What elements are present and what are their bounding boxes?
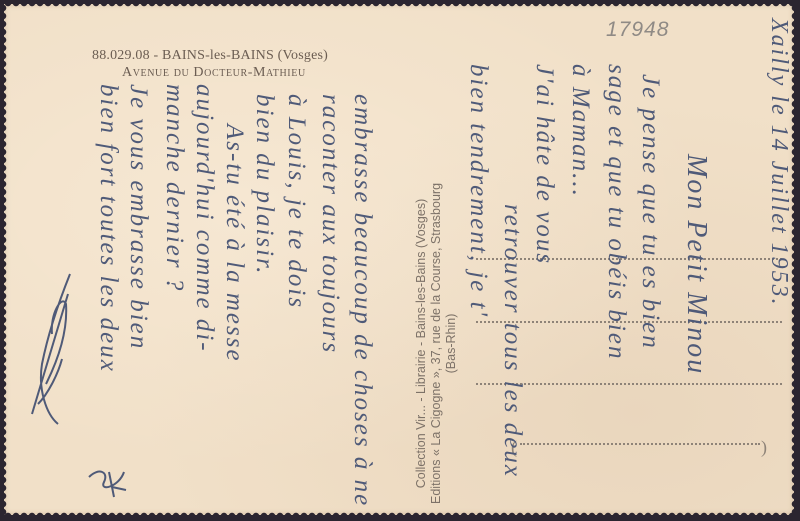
handwritten-date: Xailly le 14 Juillet 1953. xyxy=(765,18,792,307)
address-line-4 xyxy=(520,443,760,445)
ink-flourish xyxy=(84,452,134,502)
handwritten-line: aujourd'hui comme di- xyxy=(190,84,218,353)
handwritten-line: raconter aux toujours xyxy=(316,94,344,354)
handwritten-line: Je pense que tu es bien xyxy=(636,74,664,350)
inventory-number: 17948 xyxy=(606,18,669,42)
handwritten-line: As-tu été à la messe xyxy=(220,124,248,363)
publisher-imprint: Collection Vir... - Librairie - Bains-le… xyxy=(414,183,459,504)
handwritten-line: sage et que tu obéis bien xyxy=(602,64,630,360)
handwritten-line: bien du plaisir. xyxy=(250,94,278,275)
publisher-line-1: Collection Vir... - Librairie - Bains-le… xyxy=(414,183,429,504)
handwritten-salutation: Mon Petit Minou xyxy=(680,154,712,375)
deckle-edge-left xyxy=(4,4,9,515)
publisher-line-2: Editions « La Cigogne », 37, rue de la C… xyxy=(429,183,444,504)
handwritten-line: J'ai hâte de vous xyxy=(530,64,558,265)
handwritten-line: à Louis, je te dois xyxy=(282,94,310,309)
publisher-line-3: (Bas-Rhin) xyxy=(444,183,459,504)
handwritten-line: retrouver tous les deux xyxy=(498,204,526,478)
handwritten-line: bien tendrement, je t' xyxy=(464,64,492,318)
handwritten-line: embrasse beaucoup de choses à ne xyxy=(348,94,376,507)
deckle-edge-top xyxy=(4,4,794,9)
signature xyxy=(28,264,88,434)
deckle-edge-bottom xyxy=(4,510,794,515)
handwritten-line: bien fort toutes les deux xyxy=(94,84,122,373)
postcard-back: 88.029.08 - BAINS-les-BAINS (Vosges) Ave… xyxy=(4,4,794,515)
bracket-close: ) xyxy=(761,437,767,458)
handwritten-line: à Maman... xyxy=(566,64,594,198)
handwritten-line: Je vous embrasse bien xyxy=(124,84,152,350)
printed-caption: 88.029.08 - BAINS-les-BAINS (Vosges) Ave… xyxy=(92,48,328,81)
caption-line-1: 88.029.08 - BAINS-les-BAINS (Vosges) xyxy=(92,48,328,64)
caption-line-2: Avenue du Docteur-Mathieu xyxy=(122,65,328,81)
handwritten-line: manche dernier ? xyxy=(160,84,188,292)
